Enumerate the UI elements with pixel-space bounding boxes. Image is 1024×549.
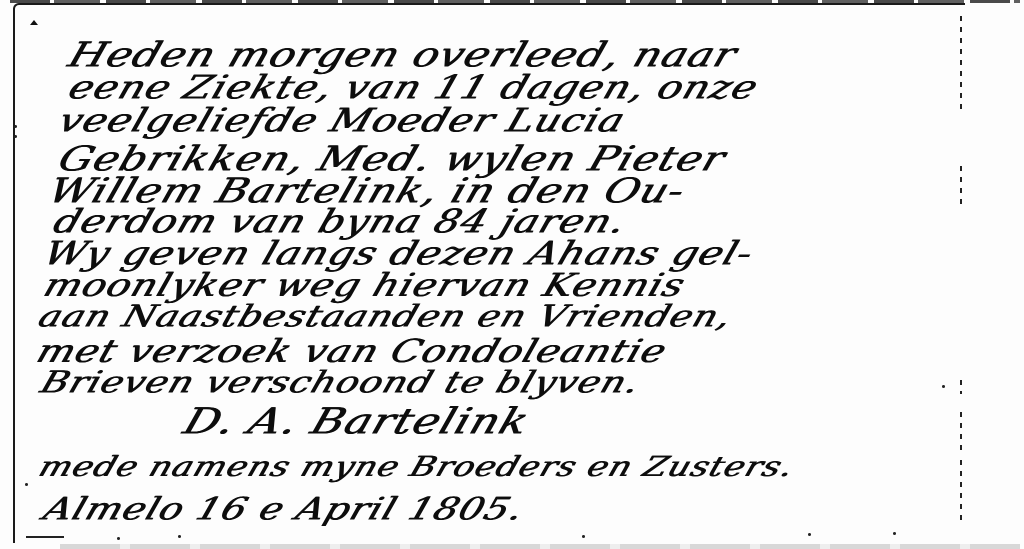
notice-line-6: derdom van byna 84 jaren. <box>50 206 631 239</box>
notice-line-9: aan Naastbestaanden en Vrienden, <box>35 301 736 331</box>
right-border-dashes <box>960 460 962 524</box>
right-border-dashes <box>960 16 962 112</box>
signature: D. A. Bartelink <box>179 404 534 440</box>
scan-speck <box>14 125 17 128</box>
notice-line-2: eene Ziekte, van 11 dagen, onze <box>65 72 763 105</box>
scanned-document: Heden morgen overleed, naar eene Ziekte,… <box>0 0 1024 549</box>
frame-corner-tick <box>26 536 64 538</box>
notice-line-3: veelgeliefde Moeder Lucia <box>55 105 630 138</box>
scan-speck <box>942 385 945 388</box>
scan-speck <box>14 135 17 138</box>
scan-speck <box>893 532 896 535</box>
right-border-dashes <box>960 412 962 452</box>
closing-line-1: mede namens myne Broeders en Zusters. <box>35 453 797 481</box>
scan-speck <box>25 483 28 486</box>
right-border-dashes <box>960 380 962 394</box>
notice-line-11: Brieven verschoond te blyven. <box>37 367 644 397</box>
notice-line-10: met verzoek van Condoleantie <box>33 336 671 368</box>
scan-speck <box>808 533 811 536</box>
notice-line-7: Wy geven langs dezen Ahans gel- <box>40 238 758 271</box>
right-border-dashes <box>960 166 962 206</box>
scan-speck <box>117 537 120 540</box>
notice-line-8: moonlyker weg hiervan Kennis <box>40 270 690 302</box>
closing-line-2: Almelo 16 e April 1805. <box>40 493 528 524</box>
notice-line-1: Heden morgen overleed, naar <box>64 38 741 72</box>
scan-speck <box>582 535 585 538</box>
corner-mark-icon <box>30 20 38 25</box>
scan-speck <box>178 535 181 538</box>
scan-bottom-edge <box>60 544 1020 549</box>
